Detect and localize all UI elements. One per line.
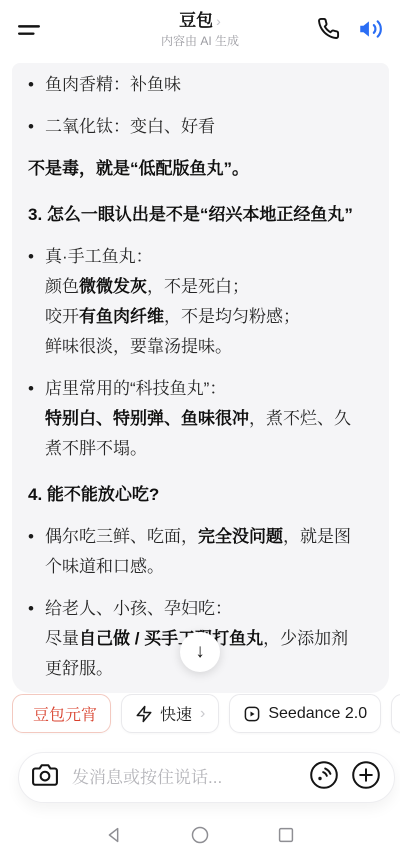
chip-fast-mode[interactable]: 快速› bbox=[121, 694, 219, 733]
message-text: ，不是均匀粉感； bbox=[164, 307, 300, 326]
message-bullet-item: •真·手工鱼丸：颜色微微发灰，不是死白；咬开有鱼肉纤维，不是均匀粉感；鲜味很淡，… bbox=[28, 242, 373, 362]
chevron-right-icon: › bbox=[216, 13, 221, 29]
message-text: 自己做 / 买手工现打鱼丸 bbox=[79, 629, 263, 648]
message-text: ，就是图 bbox=[283, 527, 351, 546]
nav-recents-button[interactable] bbox=[274, 825, 298, 849]
home-circle-icon bbox=[189, 824, 211, 851]
menu-button[interactable] bbox=[15, 18, 43, 46]
message-text: 真·手工鱼丸： bbox=[45, 247, 153, 266]
chat-title-block[interactable]: 豆包› 内容由 AI 生成 bbox=[60, 11, 340, 48]
chat-header: 豆包› 内容由 AI 生成 bbox=[0, 0, 400, 62]
bullet-marker: • bbox=[28, 242, 45, 362]
message-text: 鱼肉香精：补鱼味 bbox=[45, 75, 181, 94]
message-text: 微微发灰 bbox=[79, 277, 147, 296]
message-text: 给老人、小孩、孕妇吃： bbox=[45, 599, 232, 618]
message-paragraph: 不是毒，就是“低配版鱼丸”。 bbox=[28, 154, 373, 184]
message-input-bar bbox=[18, 752, 395, 803]
message-text: 更舒服。 bbox=[45, 659, 113, 678]
bullet-marker: • bbox=[28, 594, 45, 684]
message-text: 鲜味很淡，要靠汤提味。 bbox=[45, 337, 232, 356]
camera-icon bbox=[32, 762, 58, 793]
message-text: 个味道和口感。 bbox=[45, 557, 164, 576]
message-heading: 3. 怎么一眼认出是不是“绍兴本地正经鱼丸” bbox=[28, 200, 373, 230]
message-text: 偶尔吃三鲜、吃面， bbox=[45, 527, 198, 546]
message-text: 3. 怎么一眼认出是不是“绍兴本地正经鱼丸” bbox=[28, 205, 353, 224]
message-bullet-item: •偶尔吃三鲜、吃面，完全没问题，就是图个味道和口感。 bbox=[28, 522, 373, 582]
chip-seedance[interactable]: Seedance 2.0 bbox=[229, 694, 381, 733]
message-text: 颜色 bbox=[45, 277, 79, 296]
message-text: 有鱼肉纤维 bbox=[79, 307, 164, 326]
message-text: 完全没问题 bbox=[198, 527, 283, 546]
message-text: 店里常用的“科技鱼丸”： bbox=[45, 379, 226, 398]
nav-home-button[interactable] bbox=[188, 825, 212, 849]
message-text: 尽量 bbox=[45, 629, 79, 648]
suggestion-chips-row[interactable]: 豆包元宵快速›Seedance 2.0帮 bbox=[12, 694, 400, 735]
message-text: 特别白、特别弹、鱼味很冲 bbox=[45, 409, 249, 428]
message-bullet-item: •店里常用的“科技鱼丸”：特别白、特别弹、鱼味很冲，煮不烂、久煮不胖不塌。 bbox=[28, 374, 373, 464]
more-actions-button[interactable] bbox=[351, 760, 381, 795]
android-nav-bar bbox=[0, 814, 400, 860]
page-title: 豆包 bbox=[179, 11, 213, 30]
message-text: ，煮不烂、久 bbox=[249, 409, 351, 428]
message-input[interactable] bbox=[70, 767, 297, 789]
camera-button[interactable] bbox=[32, 762, 58, 793]
message-text: ，不是死白； bbox=[147, 277, 249, 296]
bullet-marker: • bbox=[28, 112, 45, 142]
read-aloud-button[interactable] bbox=[356, 17, 384, 45]
message-text: 4. 能不能放心吃? bbox=[28, 485, 159, 504]
bullet-marker: • bbox=[28, 522, 45, 582]
arrow-down-icon: ↓ bbox=[195, 641, 205, 663]
bullet-marker: • bbox=[28, 70, 45, 100]
back-triangle-icon bbox=[103, 824, 125, 851]
chevron-right-icon: › bbox=[200, 705, 205, 723]
ai-disclaimer: 内容由 AI 生成 bbox=[60, 34, 340, 48]
chip-label: 快速 bbox=[160, 702, 192, 725]
chip-doubao-yuanxiao[interactable]: 豆包元宵 bbox=[12, 694, 111, 733]
menu-icon bbox=[16, 17, 42, 48]
voice-call-button[interactable] bbox=[314, 17, 342, 45]
message-text: 二氧化钛：变白、好看 bbox=[45, 117, 215, 136]
ai-message-bubble: •鱼肉香精：补鱼味•二氧化钛：变白、好看不是毒，就是“低配版鱼丸”。3. 怎么一… bbox=[12, 63, 389, 693]
nav-back-button[interactable] bbox=[102, 825, 126, 849]
voice-wave-icon bbox=[309, 760, 339, 795]
chip-label: 豆包元宵 bbox=[33, 702, 97, 725]
message-text: 不是毒，就是“低配版鱼丸”。 bbox=[28, 159, 249, 178]
message-text: 咬开 bbox=[45, 307, 79, 326]
message-bullet-item: •二氧化钛：变白、好看 bbox=[28, 112, 373, 142]
video-play-icon bbox=[243, 705, 261, 723]
voice-mode-button[interactable] bbox=[309, 760, 339, 795]
chip-help-write[interactable]: 帮 bbox=[391, 694, 400, 733]
phone-icon bbox=[317, 17, 340, 45]
chip-label: Seedance 2.0 bbox=[268, 705, 367, 723]
message-text: ，少添加剂 bbox=[263, 629, 348, 648]
message-text: 煮不胖不塌。 bbox=[45, 439, 147, 458]
speaker-icon bbox=[357, 16, 383, 47]
recents-square-icon bbox=[275, 824, 297, 851]
scroll-to-bottom-button[interactable]: ↓ bbox=[180, 632, 220, 672]
message-bullet-item: •鱼肉香精：补鱼味 bbox=[28, 70, 373, 100]
lightning-icon bbox=[135, 705, 153, 723]
message-heading: 4. 能不能放心吃? bbox=[28, 480, 373, 510]
bullet-marker: • bbox=[28, 374, 45, 464]
plus-icon bbox=[351, 760, 381, 795]
